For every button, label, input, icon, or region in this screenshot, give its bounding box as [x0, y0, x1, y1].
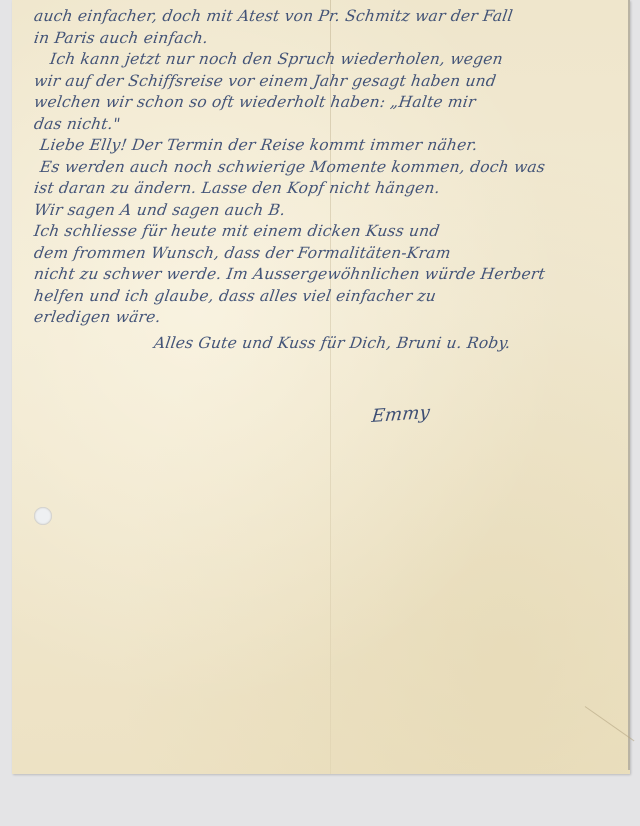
letter-line: dem frommen Wunsch, dass der Formalitäte…	[32, 243, 625, 265]
letter-line: Liebe Elly! Der Termin der Reise kommt i…	[32, 135, 625, 157]
letter-line: wir auf der Schiffsreise vor einem Jahr …	[32, 71, 625, 93]
letter-signature: Emmy	[371, 402, 431, 427]
paper-right-edge	[628, 0, 630, 770]
letter-line: welchen wir schon so oft wiederholt habe…	[32, 92, 625, 114]
punch-hole-icon	[34, 507, 52, 525]
letter-line: Es werden auch noch schwierige Momente k…	[32, 157, 625, 179]
letter-line: erledigen wäre.	[32, 307, 625, 329]
letter-line: ist daran zu ändern. Lasse den Kopf nich…	[32, 178, 625, 200]
letter-closing: Alles Gute und Kuss für Dich, Bruni u. R…	[32, 333, 625, 355]
letter-line: nicht zu schwer werde. Im Aussergewöhnli…	[32, 264, 625, 286]
letter-line: Ich kann jetzt nur noch den Spruch wiede…	[32, 49, 625, 71]
letter-line: das nicht."	[32, 114, 625, 136]
letter-line: in Paris auch einfach.	[32, 28, 625, 50]
letter-line: helfen und ich glaube, dass alles viel e…	[32, 286, 625, 308]
letter-line: auch einfacher, doch mit Atest von Pr. S…	[32, 6, 625, 28]
letter-line: Ich schliesse für heute mit einem dicken…	[32, 221, 625, 243]
letter-body: auch einfacher, doch mit Atest von Pr. S…	[34, 6, 624, 354]
letter-line: Wir sagen A und sagen auch B.	[32, 200, 625, 222]
